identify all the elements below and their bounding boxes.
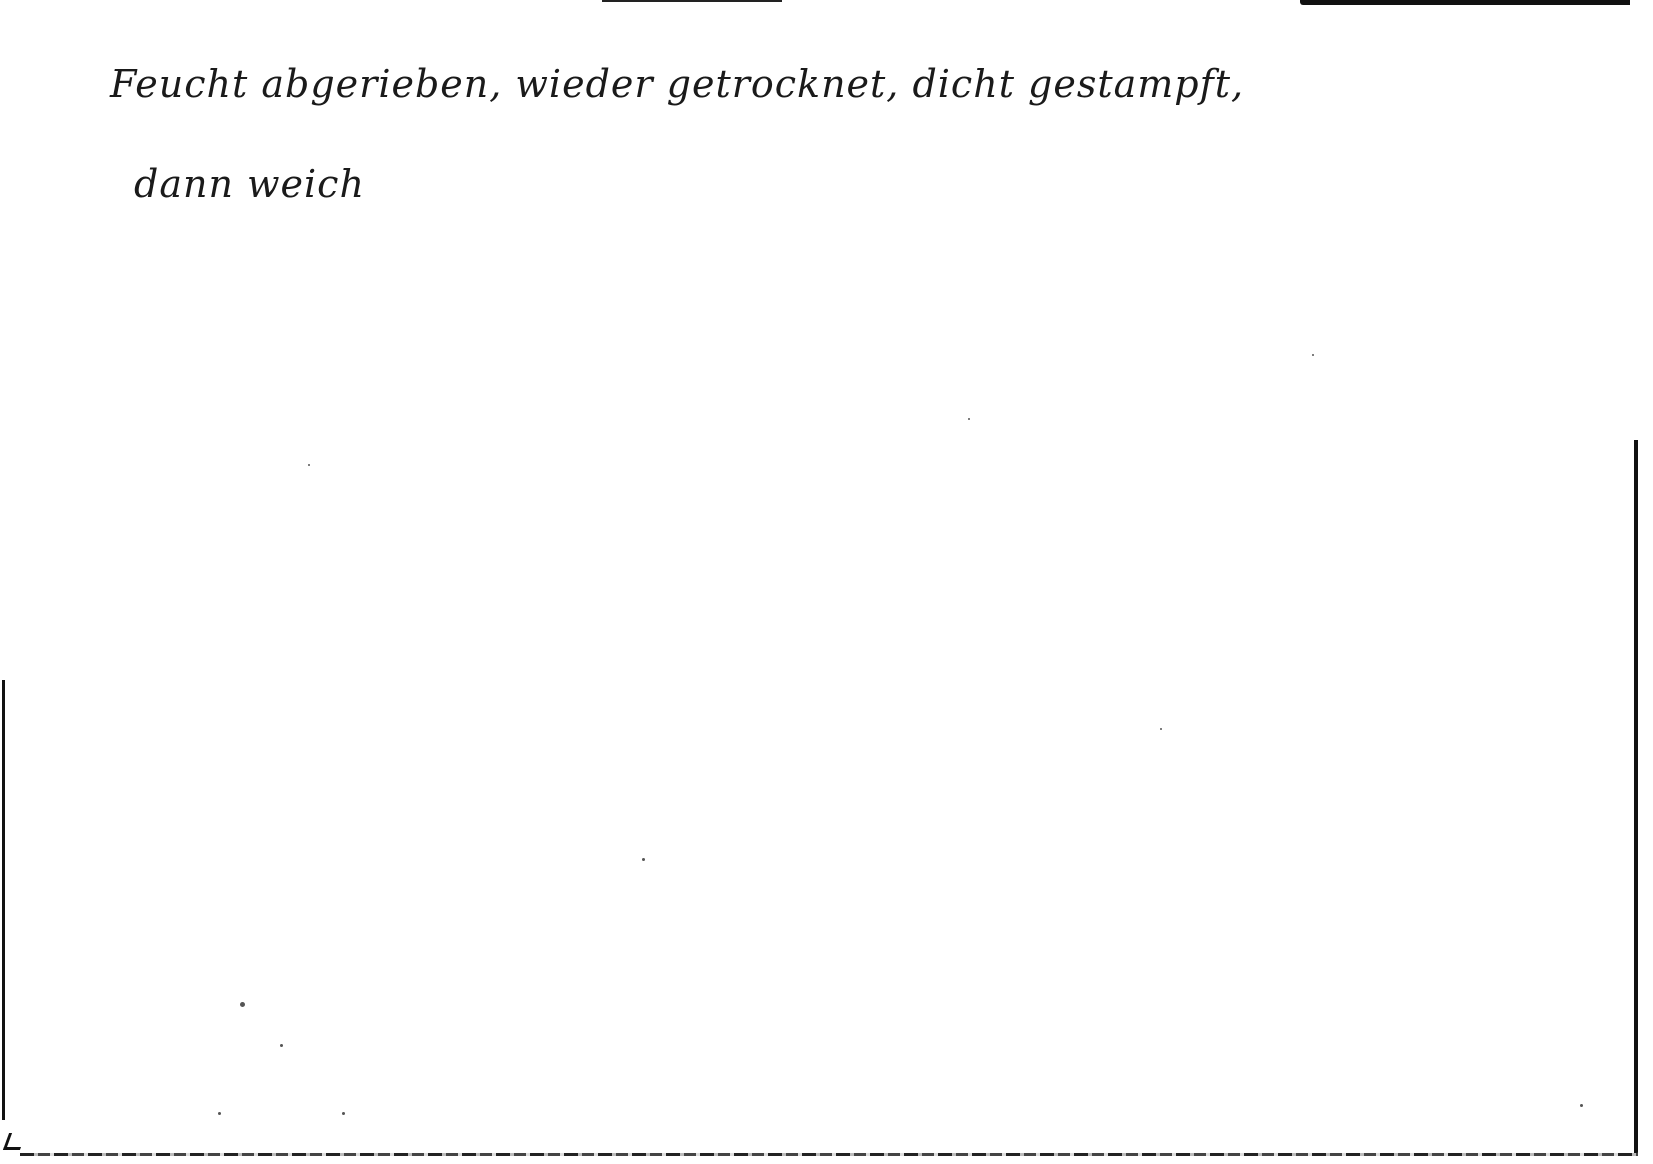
corner-fold-mark (3, 1133, 26, 1150)
paper-speck (342, 1112, 345, 1115)
paper-speck (308, 464, 310, 466)
paper-speck (240, 1002, 245, 1007)
card-edge-left (2, 680, 5, 1120)
handwritten-line-1: Feucht abgerieben, wieder getrocknet, di… (110, 34, 1410, 134)
handwritten-line-2: dann weich (110, 134, 1410, 234)
handwritten-text: Feucht abgerieben, wieder getrocknet, di… (110, 34, 1410, 234)
card-edge-top (602, 0, 782, 2)
card-edge-top-right (1300, 0, 1630, 5)
paper-speck (280, 1044, 283, 1047)
paper-speck (1580, 1104, 1583, 1107)
card-edge-bottom (20, 1153, 1638, 1156)
paper-speck (642, 858, 645, 861)
note-card: Feucht abgerieben, wieder getrocknet, di… (2, 0, 1638, 1156)
paper-speck (218, 1112, 221, 1115)
paper-speck (1160, 728, 1162, 730)
paper-speck (968, 418, 970, 420)
card-edge-right (1634, 440, 1638, 1156)
paper-speck (1312, 354, 1314, 356)
